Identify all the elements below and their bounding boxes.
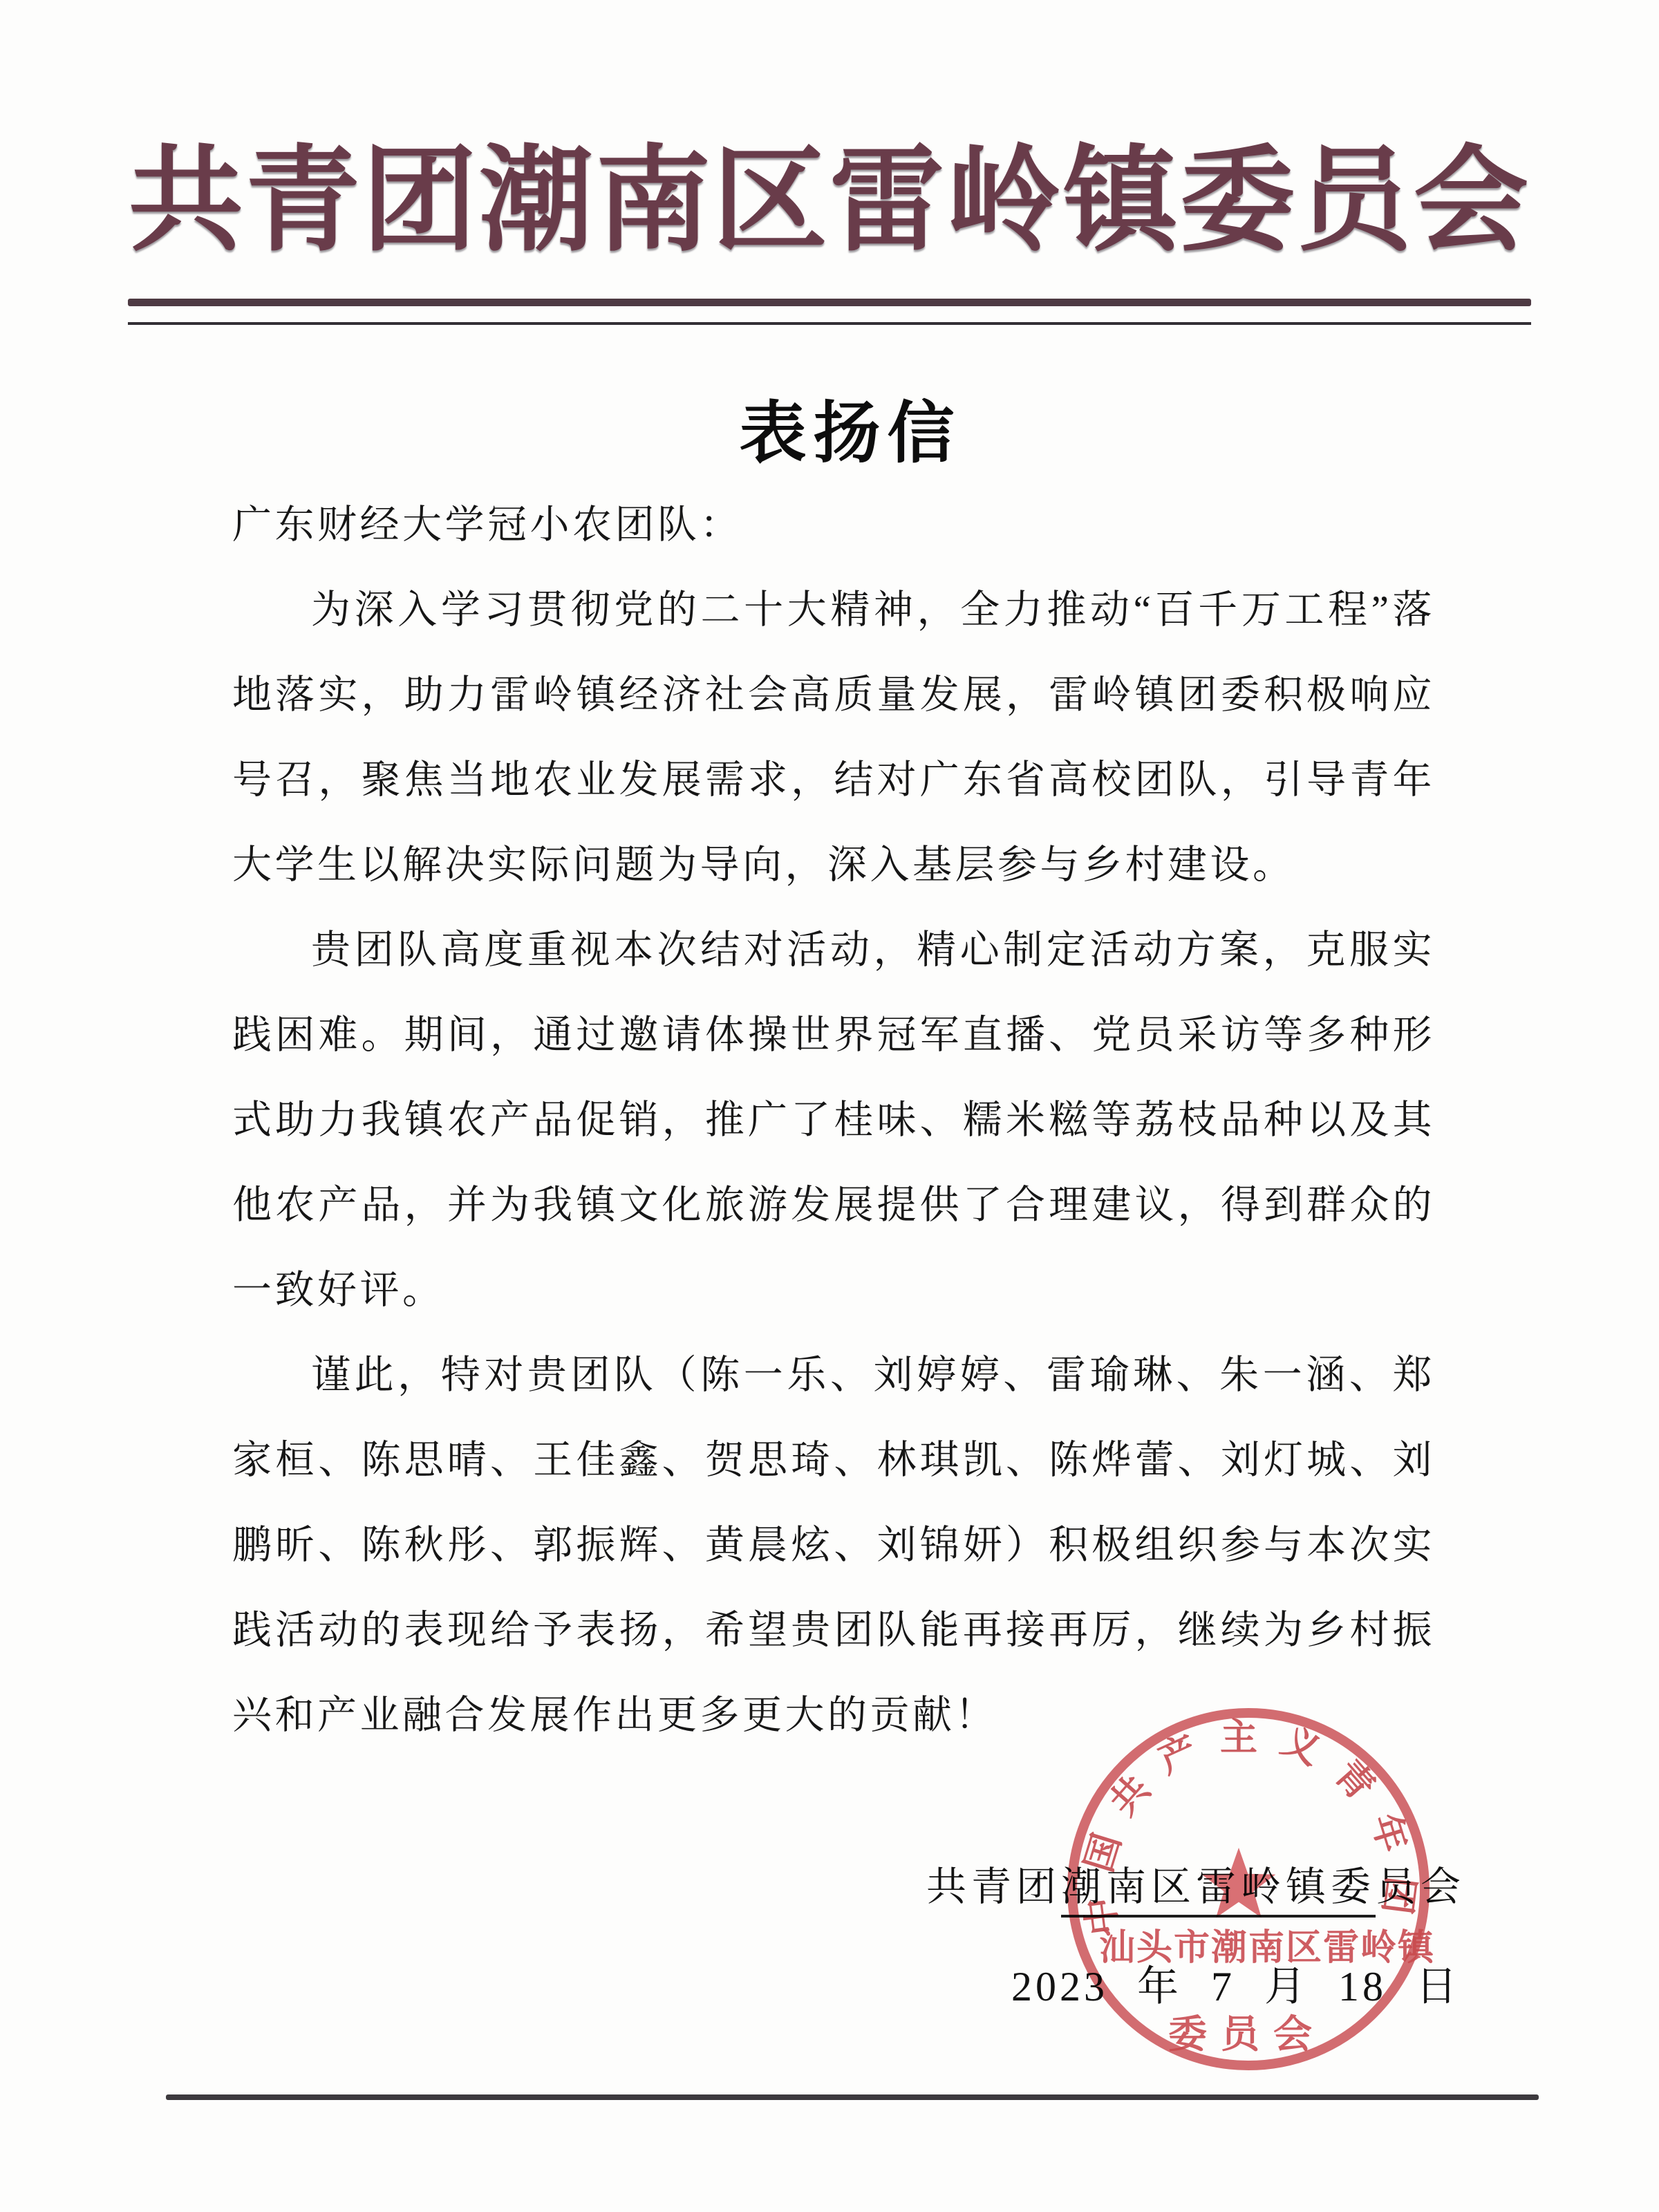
letterhead-rule-thick [128, 299, 1531, 306]
salutation-line: 广东财经大学冠小农团队： [232, 482, 1435, 568]
date-line: 2023 年 7 月 18 日 [1011, 1953, 1461, 2013]
letterhead-rule-thin [128, 322, 1531, 325]
letter-body: 广东财经大学冠小农团队： 为深入学习贯彻党的二十大精神，全力推动“百千万工程”落… [232, 482, 1435, 1758]
letter-title: 表扬信 [0, 379, 1659, 476]
letterhead-org-name: 共青团潮南区雷岭镇委员会 [0, 135, 1659, 268]
body-paragraph: 为深入学习贯彻党的二十大精神，全力推动“百千万工程”落地落实，助力雷岭镇经济社会… [232, 568, 1435, 908]
seal-inner-line2: 委员会 [1168, 2014, 1326, 2056]
signature-suffix: 员会 [1376, 1864, 1465, 1909]
body-paragraph: 贵团队高度重视本次结对活动，精心制定活动方案，克服实践困难。期间，通过邀请体操世… [232, 908, 1435, 1333]
signature-line: 共青团潮南区雷岭镇委员会 [926, 1854, 1465, 1912]
body-paragraph: 谨此，特对贵团队（陈一乐、刘婷婷、雷瑜琳、朱一涵、郑家桓、陈思晴、王佳鑫、贺思琦… [232, 1333, 1435, 1758]
commendation-letter-page: 共青团潮南区雷岭镇委员会 表扬信 广东财经大学冠小农团队： 为深入学习贯彻党的二… [0, 0, 1659, 2212]
footer-rule [166, 2094, 1539, 2100]
signature-underlined-part: 潮南区雷岭镇委 [1061, 1864, 1376, 1918]
signature-prefix: 共青团 [926, 1864, 1061, 1909]
